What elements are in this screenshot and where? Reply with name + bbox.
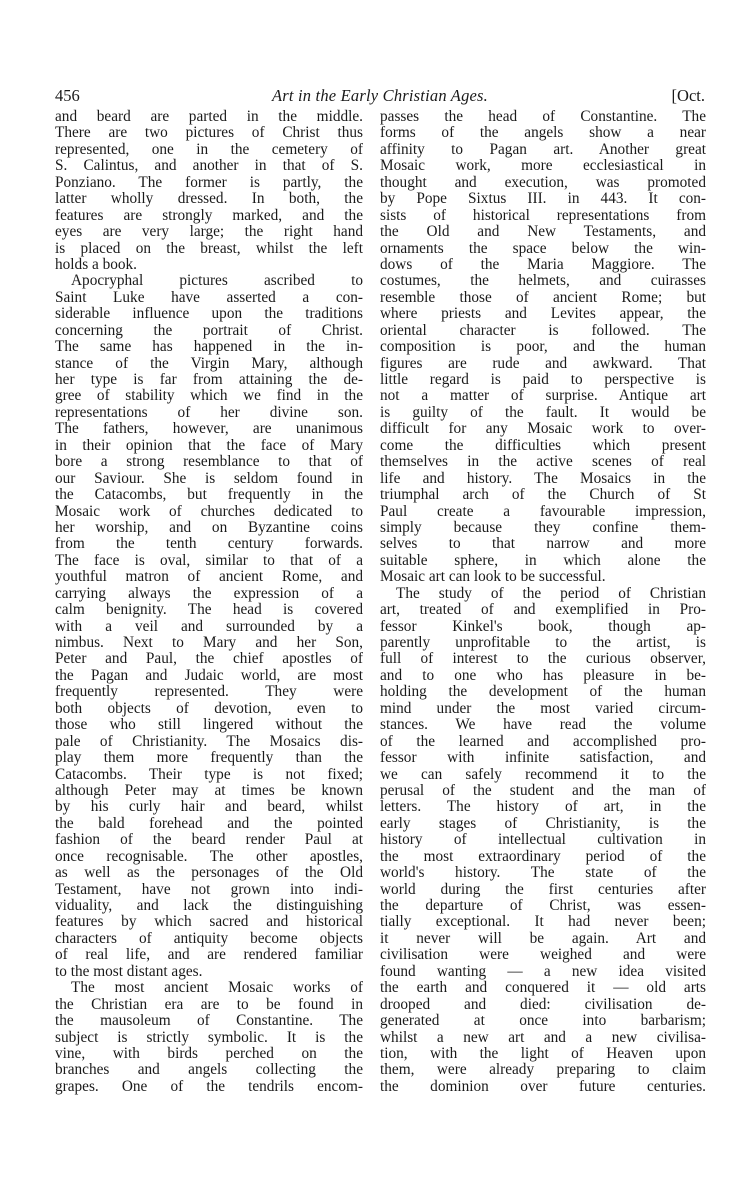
text-line: it never will be again. Art and: [380, 931, 706, 947]
text-line: Mosaic work of churches dedicated to: [55, 504, 363, 520]
text-line: ornaments the space below the win-: [380, 241, 706, 257]
text-line: not a matter of surprise. Antique art: [380, 388, 706, 404]
text-line: little regard is paid to perspective is: [380, 372, 706, 388]
text-line: those who still lingered without the: [55, 717, 363, 733]
text-line: although Peter may at times be known: [55, 783, 363, 799]
text-line: gree of stability which we find in the: [55, 388, 363, 404]
text-line: The fathers, however, are unanimous: [55, 421, 363, 437]
right-text-column: passes the head of Constantine. Theforms…: [380, 109, 706, 1095]
text-line: Ponziano. The former is partly, the: [55, 175, 363, 191]
text-line: drooped and died: civilisation de-: [380, 997, 706, 1013]
text-line: fessor with infinite satisfaction, and: [380, 750, 706, 766]
text-line: concerning the portrait of Christ.: [55, 323, 363, 339]
text-line: the departure of Christ, was essen-: [380, 898, 706, 914]
text-line: is placed on the breast, whilst the left: [55, 241, 363, 257]
text-line: Saint Luke have asserted a con-: [55, 290, 363, 306]
text-line: Paul create a favourable impression,: [380, 504, 706, 520]
text-line: come the difficulties which present: [380, 438, 706, 454]
running-title: Art in the Early Christian Ages.: [55, 86, 705, 106]
text-line: of real life, and are rendered familiar: [55, 947, 363, 963]
text-line: S. Calintus, and another in that of S.: [55, 158, 363, 174]
text-line: full of interest to the curious observer…: [380, 651, 706, 667]
text-line: siderable influence upon the traditions: [55, 306, 363, 322]
text-line: perusal of the student and the man of: [380, 783, 706, 799]
text-line: the most extraordinary period of the: [380, 849, 706, 865]
text-line: The same has happened in the in-: [55, 339, 363, 355]
text-line: found wanting — a new idea visited: [380, 964, 706, 980]
text-line: tially exceptional. It had never been;: [380, 914, 706, 930]
text-line: as well as the personages of the Old: [55, 865, 363, 881]
text-line: fessor Kinkel's book, though ap-: [380, 619, 706, 635]
text-line: selves to that narrow and more: [380, 536, 706, 552]
text-line: parently unprofitable to the artist, is: [380, 635, 706, 651]
text-line: affinity to Pagan art. Another great: [380, 142, 706, 158]
text-line: features are strongly marked, and the: [55, 208, 363, 224]
text-line: vine, with birds perched on the: [55, 1046, 363, 1062]
text-line: Mosaic work, more ecclesiastical in: [380, 158, 706, 174]
text-line: The study of the period of Christian: [380, 586, 706, 602]
text-line: art, treated of and exemplified in Pro-: [380, 602, 706, 618]
text-line: Testament, have not grown into indi-: [55, 882, 363, 898]
text-line: whilst a new art and a new civilisa-: [380, 1030, 706, 1046]
text-line: life and history. The Mosaics in the: [380, 471, 706, 487]
text-line: play them more frequently than the: [55, 750, 363, 766]
text-line: them, were already preparing to claim: [380, 1062, 706, 1078]
text-line: thought and execution, was promoted: [380, 175, 706, 191]
text-line: branches and angels collecting the: [55, 1062, 363, 1078]
text-line: carrying always the expression of a: [55, 586, 363, 602]
text-line: Apocryphal pictures ascribed to: [55, 273, 363, 289]
left-text-column: and beard are parted in the middle.There…: [55, 109, 363, 1095]
text-line: representations of her divine son.: [55, 405, 363, 421]
text-line: composition is poor, and the human: [380, 339, 706, 355]
text-line: figures are rude and awkward. That: [380, 356, 706, 372]
text-line: with a veil and surrounded by a: [55, 619, 363, 635]
text-line: from the tenth century forwards.: [55, 536, 363, 552]
text-line: nimbus. Next to Mary and her Son,: [55, 635, 363, 651]
text-line: her worship, and on Byzantine coins: [55, 520, 363, 536]
text-line: fashion of the beard render Paul at: [55, 832, 363, 848]
text-line: both objects of devotion, even to: [55, 701, 363, 717]
text-line: generated at once into barbarism;: [380, 1013, 706, 1029]
text-line: early stages of Christianity, is the: [380, 816, 706, 832]
text-line: and to one who has pleasure in be-: [380, 668, 706, 684]
text-line: world's history. The state of the: [380, 865, 706, 881]
text-line: There are two pictures of Christ thus: [55, 125, 363, 141]
text-line: dows of the Maria Maggiore. The: [380, 257, 706, 273]
text-line: we can safely recommend it to the: [380, 767, 706, 783]
text-line: grapes. One of the tendrils encom-: [55, 1079, 363, 1095]
text-line: tion, with the light of Heaven upon: [380, 1046, 706, 1062]
text-line: frequently represented. They were: [55, 684, 363, 700]
text-line: features by which sacred and historical: [55, 914, 363, 930]
text-line: The face is oval, similar to that of a: [55, 553, 363, 569]
issue-month: [Oct.: [672, 86, 705, 106]
text-line: calm benignity. The head is covered: [55, 602, 363, 618]
text-line: by Pope Sixtus III. in 443. It con-: [380, 191, 706, 207]
text-line: subject is strictly symbolic. It is the: [55, 1030, 363, 1046]
text-line: of the learned and accomplished pro-: [380, 734, 706, 750]
text-line: themselves in the active scenes of real: [380, 454, 706, 470]
text-line: represented, one in the cemetery of: [55, 142, 363, 158]
text-line: mind under the most varied circum-: [380, 701, 706, 717]
text-line: forms of the angels show a near: [380, 125, 706, 141]
text-line: resemble those of ancient Rome; but: [380, 290, 706, 306]
text-line: youthful matron of ancient Rome, and: [55, 569, 363, 585]
text-line: Mosaic art can look to be successful.: [380, 569, 706, 585]
text-line: passes the head of Constantine. The: [380, 109, 706, 125]
running-header: 456 Art in the Early Christian Ages. [Oc…: [55, 86, 705, 106]
text-line: the Old and New Testaments, and: [380, 224, 706, 240]
text-line: once recognisable. The other apostles,: [55, 849, 363, 865]
text-line: characters of antiquity become objects: [55, 931, 363, 947]
text-line: holds a book.: [55, 257, 363, 273]
text-line: by his curly hair and beard, whilst: [55, 799, 363, 815]
text-line: the earth and conquered it — old arts: [380, 980, 706, 996]
text-line: stance of the Virgin Mary, although: [55, 356, 363, 372]
text-line: the Pagan and Judaic world, are most: [55, 668, 363, 684]
text-line: The most ancient Mosaic works of: [55, 980, 363, 996]
text-line: triumphal arch of the Church of St: [380, 487, 706, 503]
text-line: letters. The history of art, in the: [380, 799, 706, 815]
text-line: the Catacombs, but frequently in the: [55, 487, 363, 503]
text-line: the dominion over future centuries.: [380, 1079, 706, 1095]
text-line: suitable sphere, in which alone the: [380, 553, 706, 569]
text-line: viduality, and lack the distinguishing: [55, 898, 363, 914]
text-line: holding the development of the human: [380, 684, 706, 700]
text-line: stances. We have read the volume: [380, 717, 706, 733]
text-line: bore a strong resemblance to that of: [55, 454, 363, 470]
text-line: sists of historical representations from: [380, 208, 706, 224]
text-line: to the most distant ages.: [55, 964, 363, 980]
text-line: the mausoleum of Constantine. The: [55, 1013, 363, 1029]
text-line: and beard are parted in the middle.: [55, 109, 363, 125]
text-line: latter wholly dressed. In both, the: [55, 191, 363, 207]
text-line: the Christian era are to be found in: [55, 997, 363, 1013]
text-line: civilisation were weighed and were: [380, 947, 706, 963]
text-line: the bald forehead and the pointed: [55, 816, 363, 832]
text-line: is guilty of the fault. It would be: [380, 405, 706, 421]
text-line: costumes, the helmets, and cuirasses: [380, 273, 706, 289]
text-line: our Saviour. She is seldom found in: [55, 471, 363, 487]
text-line: world during the first centuries after: [380, 882, 706, 898]
text-line: where priests and Levites appear, the: [380, 306, 706, 322]
text-line: in their opinion that the face of Mary: [55, 438, 363, 454]
text-line: simply because they confine them-: [380, 520, 706, 536]
text-line: difficult for any Mosaic work to over-: [380, 421, 706, 437]
text-line: eyes are very large; the right hand: [55, 224, 363, 240]
text-line: Peter and Paul, the chief apostles of: [55, 651, 363, 667]
text-line: her type is far from attaining the de-: [55, 372, 363, 388]
text-line: oriental character is followed. The: [380, 323, 706, 339]
text-line: pale of Christianity. The Mosaics dis-: [55, 734, 363, 750]
text-line: history of intellectual cultivation in: [380, 832, 706, 848]
text-line: Catacombs. Their type is not fixed;: [55, 767, 363, 783]
